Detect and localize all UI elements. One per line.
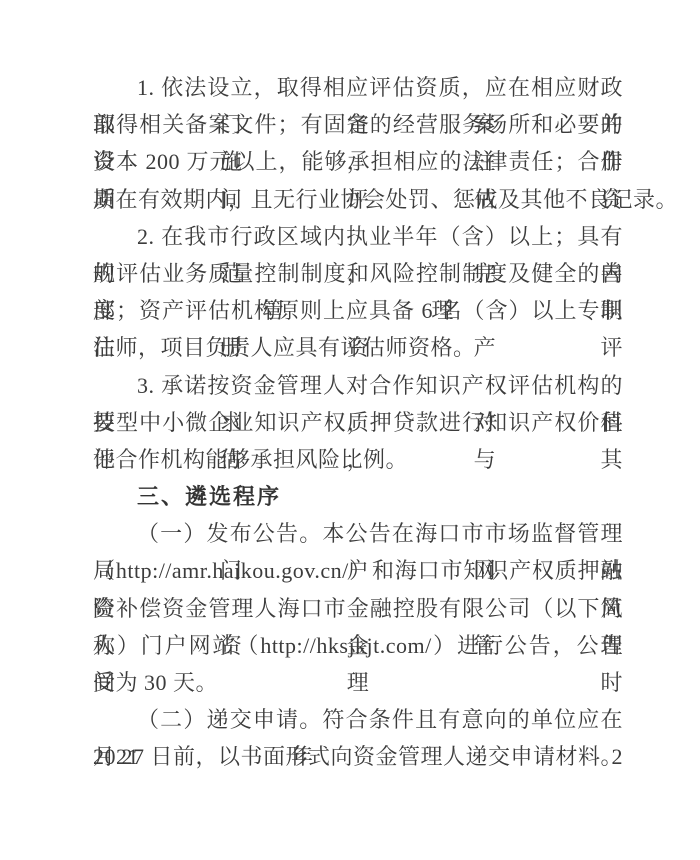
- paragraph-line: 3. 承诺按资金管理人对合作知识产权评估机构的要求，对科: [93, 367, 623, 404]
- paragraph-line: 资本 200 万元以上，能够承担相应的法律责任；合作期间评估资: [93, 143, 623, 180]
- paragraph-line: 的评估业务质量控制制度，风险控制制度及健全的内部管理制: [93, 255, 623, 292]
- paragraph-line: 技型中小微企业知识产权质押贷款进行知识产权价值评估，与其: [93, 404, 623, 441]
- document-page: 1. 依法设立，取得相应评估资质，应在相应财政部门备案并 取得相关备案文件；有固…: [0, 0, 700, 860]
- paragraph-line: （一）发布公告。本公告在海口市市场监督管理局门户网站: [93, 515, 623, 552]
- paragraph-line: （http://amr.haikou.gov.cn/）和海口市知识产权质押融资风: [93, 552, 623, 589]
- paragraph-line: 质在有效期内，且无行业协会处罚、惩戒及其他不良记录。: [93, 181, 623, 218]
- paragraph-line: 2. 在我市行政区域内执业半年（含）以上；具有规范和完善: [93, 218, 623, 255]
- paragraph-line: 度；资产评估机构原则上应具备 6 名（含）以上专职注册资产评: [93, 292, 623, 329]
- document-text-block: 1. 依法设立，取得相应评估资质，应在相应财政部门备案并 取得相关备案文件；有固…: [93, 69, 623, 776]
- paragraph-line: （二）递交申请。符合条件且有意向的单位应在 2021 年 2: [93, 701, 623, 738]
- paragraph-line: 险补偿资金管理人海口市金融控股有限公司（以下简称资金管理: [93, 590, 623, 627]
- paragraph-line: 人）门户网站（http://hksjkjt.com/）进行公告，公告受理时: [93, 627, 623, 664]
- paragraph-line: 取得相关备案文件；有固定的经营服务场所和必要的设施，注册: [93, 106, 623, 143]
- paragraph-line: 1. 依法设立，取得相应评估资质，应在相应财政部门备案并: [93, 69, 623, 106]
- section-heading-selection-procedure: 三、遴选程序: [93, 478, 623, 515]
- paragraph-line: 月 27 日前，以书面形式向资金管理人递交申请材料。: [93, 738, 623, 775]
